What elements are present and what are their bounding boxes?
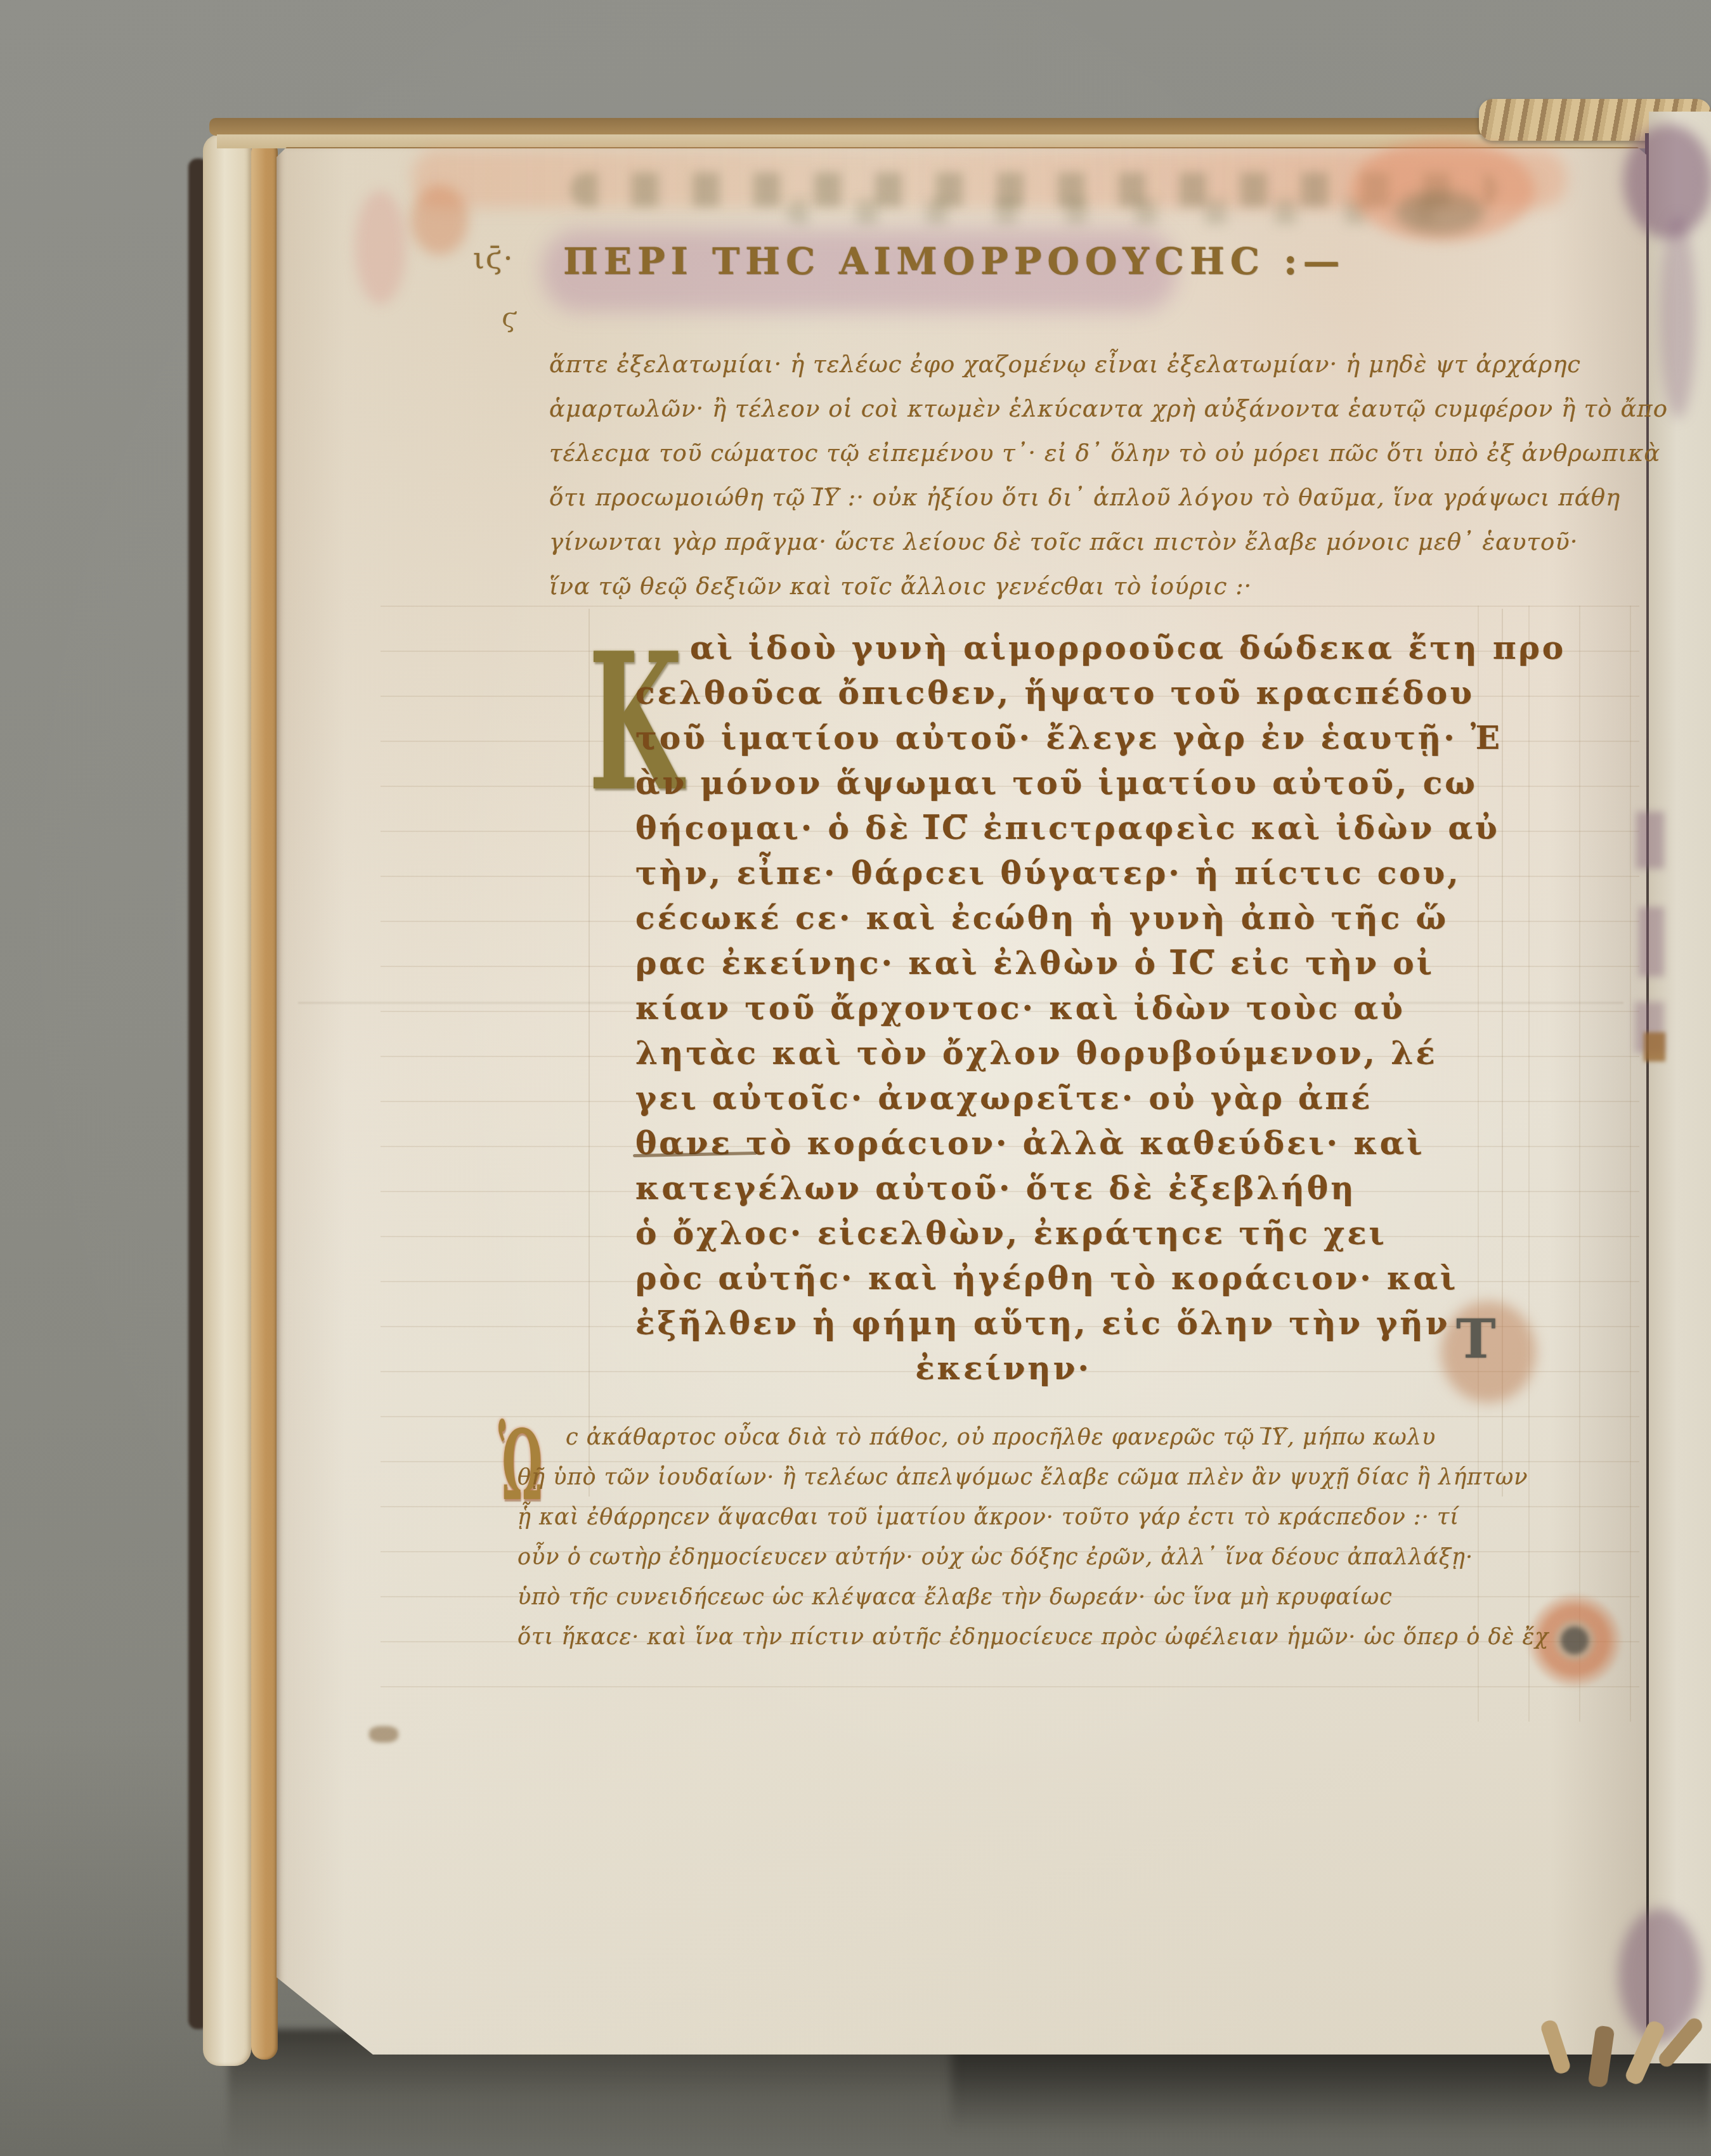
commentary-top-block: ἅπτε ἐξελατωμίαι· ἡ τελέωϲ ἐφο χαζομένῳ …: [549, 342, 1602, 609]
purple-gutter-blotch: [1636, 812, 1664, 869]
manuscript-photo: ιϛ̄· ϛ ΠΕΡΙ ΤΗϹ ΑΙΜΟΡΡΟΟΥϹΗϹ :— ἅπτε ἐξε…: [0, 0, 1711, 2156]
top-leaf-edge-dark: [209, 118, 1644, 136]
commentary-line: ἁμαρτωλῶν· ἢ τέλεον οἱ ϲοὶ κτωμὲν ἑλκύϲα…: [549, 387, 1602, 431]
commentary-line: ὅτι προϲωμοιώθη τῷ Ι̅Υ̅ :· οὐκ ἠξίου ὅτι…: [549, 476, 1602, 520]
lemma-line: ϲελθοῦϲα ὄπιϲθεν, ἥψατο τοῦ κραϲπέδου: [635, 670, 1536, 715]
commentary-line: γίνωνται γὰρ πρᾶγμα· ὥϲτε λείουϲ δὲ τοῖϲ…: [549, 520, 1602, 564]
marginal-tau-mark: Τ: [1456, 1308, 1496, 1370]
lemma-line: ὰν μόνον ἅψωμαι τοῦ ἱματίου αὐτοῦ, ϲω: [635, 760, 1536, 805]
commentary-line: οὖν ὁ ϲωτὴρ ἐδημοϲίευϲεν αὐτήν· οὐχ ὡϲ δ…: [517, 1538, 1608, 1578]
purple-gutter-blotch: [1639, 907, 1664, 977]
lemma-line: λητὰϲ καὶ τὸν ὄχλον θορυβούμενον, λέ: [635, 1030, 1536, 1075]
page-title: ΠΕΡΙ ΤΗϹ ΑΙΜΟΡΡΟΟΥϹΗϹ :—: [563, 240, 1346, 283]
lemma-line: θήϲομαι· ὁ δὲ Ι̅Ϲ̅ ἐπιϲτραφεὶϲ καὶ ἰδὼν …: [635, 805, 1536, 850]
lemma-line: αὶ ἰδοὺ γυνὴ αἱμορροοῦϲα δώδεκα ἔτη προ: [635, 625, 1536, 670]
purple-gutter-stain-top: [1623, 124, 1711, 238]
lemma-line: ϲέϲωκέ ϲε· καὶ ἐϲώθη ἡ γυνὴ ἀπὸ τῆϲ ὥ: [635, 895, 1536, 940]
lemma-line: κίαν τοῦ ἄρχοντοϲ· καὶ ἰδὼν τοὺϲ αὐ: [635, 985, 1536, 1030]
chapter-number: ιϛ̄·: [473, 241, 514, 275]
lemma-line: ρὸϲ αὐτῆϲ· καὶ ἠγέρθη τὸ κοράϲιον· καὶ: [635, 1256, 1536, 1301]
under-leaf-edge: [203, 134, 251, 2066]
commentary-line: ὅτι ἥκαϲε· καὶ ἵνα τὴν πίϲτιν αὐτῆϲ ἐδημ…: [517, 1618, 1608, 1658]
commentary-line: ὑπὸ τῆϲ ϲυνειδήϲεωϲ ὡϲ κλέψαϲα ἔλαβε τὴν…: [517, 1578, 1608, 1618]
browned-leaf-edge: [251, 140, 278, 2060]
olive-stain-top-right: [1395, 190, 1484, 235]
commentary-line: ἵνα τῷ θεῷ δεξιῶν καὶ τοῖϲ ἄλλοιϲ γενέϲθ…: [549, 564, 1602, 609]
margin-smudge: [369, 1726, 398, 1743]
lemma-closing-line: ἐκείνην·: [635, 1346, 1536, 1391]
lemma-line: θανε τὸ κοράϲιον· ἀλλὰ καθεύδει· καὶ: [635, 1120, 1536, 1166]
lemma-line: ἐξῆλθεν ἡ φήμη αὕτη, εἰϲ ὅλην τὴν γῆν: [635, 1301, 1536, 1346]
commentary-line: ᾗ καὶ ἐθάρρηϲεν ἅψαϲθαι τοῦ ἱματίου ἄκρο…: [517, 1498, 1608, 1538]
lemma-line: ὁ ὄχλοϲ· εἰϲελθὼν, ἐκράτηϲε τῆϲ χει: [635, 1211, 1536, 1256]
commentary-line: θῇ ὑπὸ τῶν ἰουδαίων· ἢ τελέωϲ ἀπελψόμωϲ …: [517, 1458, 1608, 1498]
gospel-lemma-block: αὶ ἰδοὺ γυνὴ αἱμορροοῦϲα δώδεκα ἔτη προ …: [635, 625, 1536, 1391]
lemma-line: γει αὐτοῖϲ· ἀναχωρεῖτε· οὐ γὰρ ἀπέ: [635, 1075, 1536, 1120]
commentary-line: ἅπτε ἐξελατωμίαι· ἡ τελέωϲ ἐφο χαζομένῳ …: [549, 342, 1602, 387]
commentary-line: τέλεϲμα τοῦ ϲώματοϲ τῷ εἰπεμένου τ᾽· εἰ …: [549, 431, 1602, 476]
commentary-line: ϲ ἀκάθαρτοϲ οὖϲα διὰ τὸ πάθοϲ, οὐ προϲῆλ…: [517, 1418, 1608, 1458]
lemma-line: τοῦ ἱματίου αὐτοῦ· ἔλεγε γὰρ ἐν ἑαυτῇ· Ἐ: [635, 715, 1536, 760]
orange-stain: [411, 185, 468, 255]
pink-stain: [355, 190, 406, 304]
lemma-line: κατεγέλων αὐτοῦ· ὅτε δὲ ἐξεβλήθη: [635, 1166, 1536, 1211]
gutter-tear: [1644, 1032, 1665, 1062]
commentary-bottom-block: ϲ ἀκάθαρτοϲ οὖϲα διὰ τὸ πάθοϲ, οὐ προϲῆλ…: [517, 1418, 1608, 1658]
lemma-line: τὴν, εἶπε· θάρϲει θύγατερ· ἡ πίϲτιϲ ϲου,: [635, 850, 1536, 895]
lemma-line: ραϲ ἐκείνηϲ· καὶ ἐλθὼν ὁ Ι̅Ϲ̅ εἰϲ τὴν οἰ: [635, 940, 1536, 985]
purple-gutter-run: [1660, 216, 1696, 419]
